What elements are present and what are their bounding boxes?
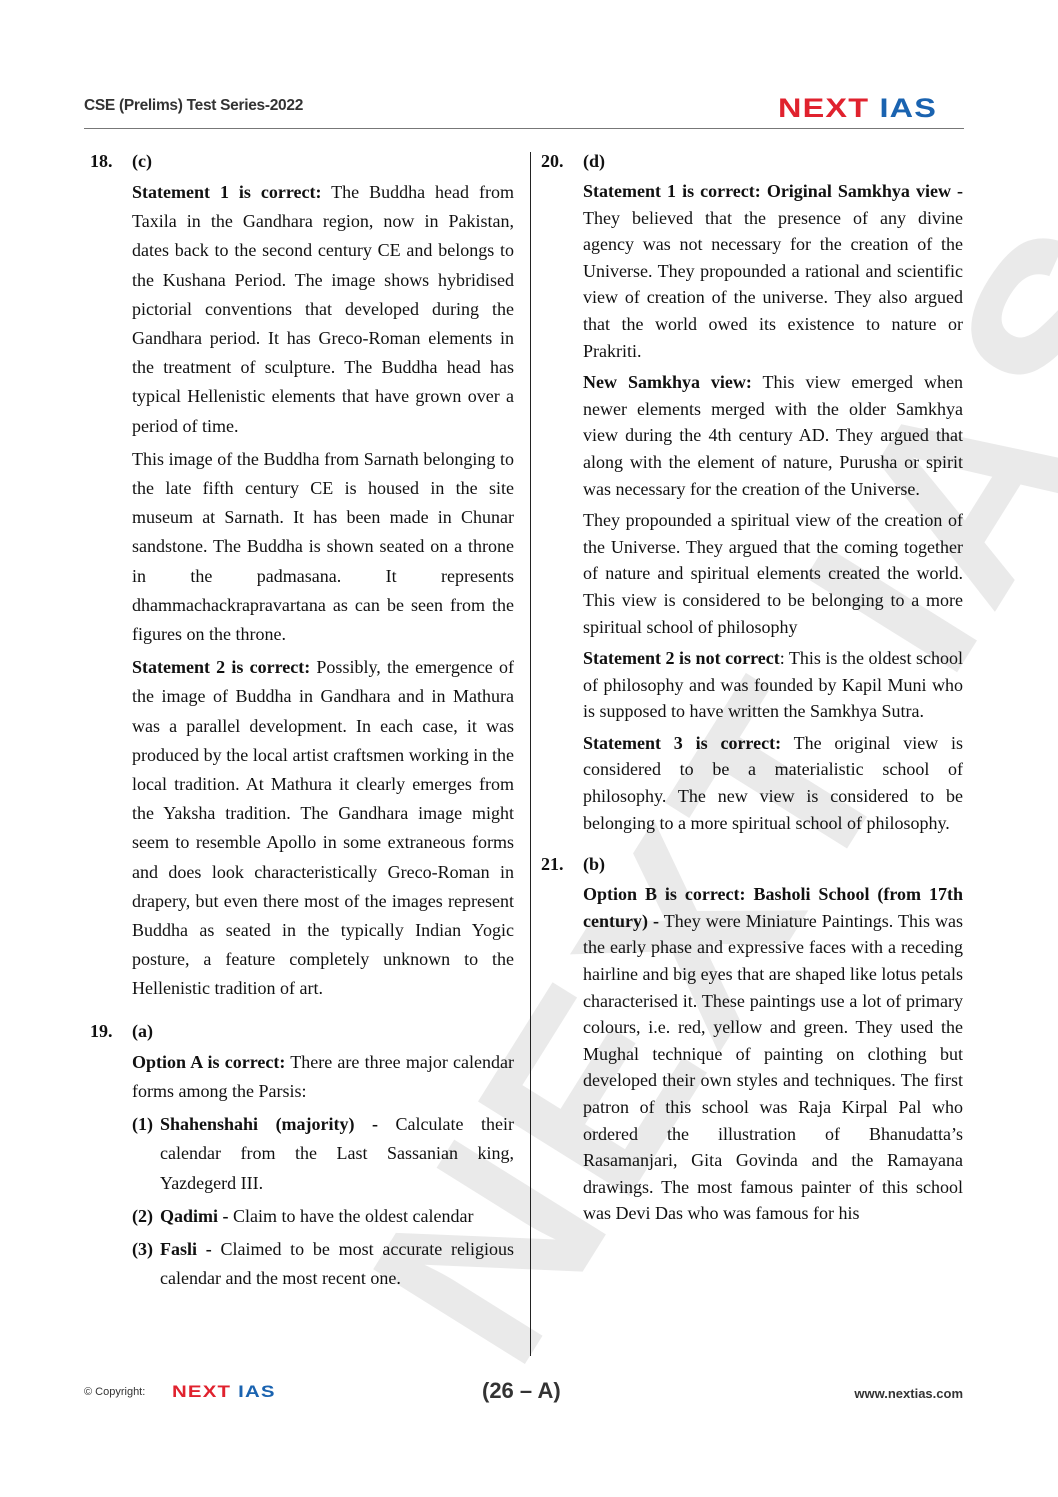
- question-header: 18.(c): [90, 148, 514, 174]
- question-18: 18.(c) Statement 1 is correct: The Buddh…: [90, 148, 514, 1004]
- question-number: 20.: [541, 148, 583, 174]
- right-column: 20.(d) Statement 1 is correct: Original …: [541, 148, 963, 1232]
- explanation-paragraph: Option A is correct: There are three maj…: [132, 1048, 514, 1106]
- next-ias-logo: NEXT IAS: [778, 93, 937, 124]
- explanation-paragraph: Statement 1 is correct: The Buddha head …: [132, 178, 514, 441]
- question-number: 21.: [541, 851, 583, 877]
- question-answer: (b): [583, 851, 605, 877]
- left-column: 18.(c) Statement 1 is correct: The Buddh…: [90, 148, 514, 1297]
- explanation-paragraph: Statement 2 is correct: Possibly, the em…: [132, 653, 514, 1003]
- explanation-paragraph: New Samkhya view: This view emerged when…: [583, 369, 963, 502]
- explanation-paragraph: This image of the Buddha from Sarnath be…: [132, 445, 514, 649]
- question-header: 21.(b): [541, 851, 963, 877]
- column-divider: [530, 152, 531, 1356]
- question-number: 19.: [90, 1018, 132, 1044]
- explanation-paragraph: Statement 2 is not correct: This is the …: [583, 645, 963, 725]
- list-item: (3)Fasli - Claimed to be most accurate r…: [132, 1235, 514, 1293]
- list-item: (1)Shahenshahi (majority) - Calculate th…: [132, 1110, 514, 1198]
- explanation-paragraph: Statement 1 is correct: Original Samkhya…: [583, 178, 963, 364]
- page-number: (26 – A): [482, 1378, 561, 1404]
- question-number: 18.: [90, 148, 132, 174]
- question-header: 20.(d): [541, 148, 963, 174]
- explanation-paragraph: Statement 3 is correct: The original vie…: [583, 730, 963, 836]
- question-20: 20.(d) Statement 1 is correct: Original …: [541, 148, 963, 836]
- question-answer: (c): [132, 148, 152, 174]
- question-header: 19.(a): [90, 1018, 514, 1044]
- question-19: 19.(a) Option A is correct: There are th…: [90, 1018, 514, 1294]
- website-link[interactable]: www.nextias.com: [854, 1386, 963, 1401]
- question-answer: (a): [132, 1018, 153, 1044]
- explanation-paragraph: They propounded a spiritual view of the …: [583, 507, 963, 640]
- header-divider: [84, 128, 964, 129]
- question-21: 21.(b) Option B is correct: Basholi Scho…: [541, 851, 963, 1227]
- copyright-label: © Copyright:: [84, 1386, 145, 1398]
- explanation-paragraph: Option B is correct: Basholi School (fro…: [583, 881, 963, 1227]
- document-title: CSE (Prelims) Test Series-2022: [84, 97, 303, 115]
- list-item: (2)Qadimi - Claim to have the oldest cal…: [132, 1202, 514, 1231]
- question-answer: (d): [583, 148, 605, 174]
- footer-logo: NEXT IAS: [172, 1382, 276, 1402]
